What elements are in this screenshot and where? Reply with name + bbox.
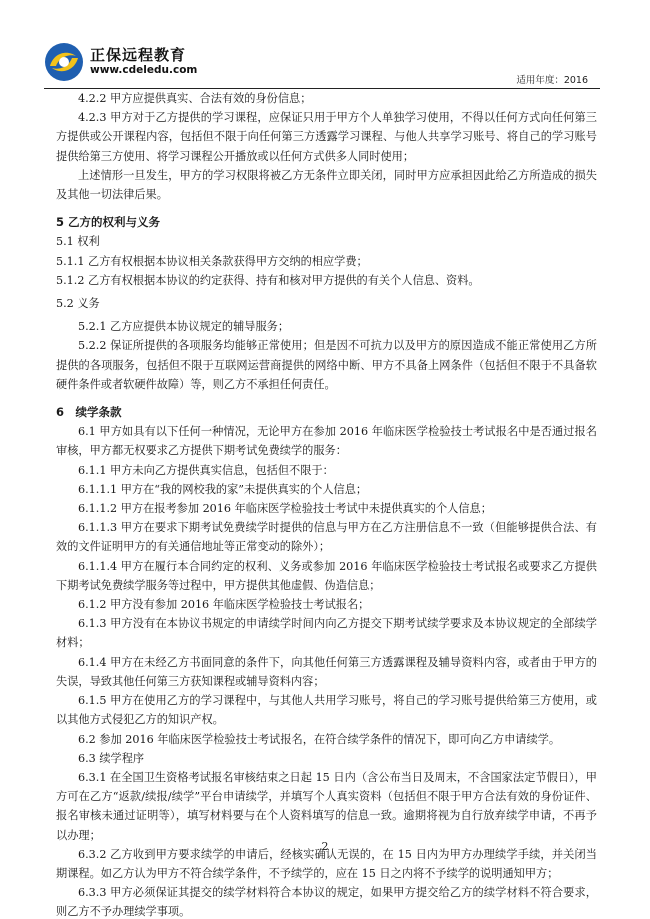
brand-name: 正保远程教育 — [90, 44, 186, 65]
clause-6-2: 6.2 参加 2016 年临床医学检验技士考试报名，在符合续学条件的情况下，即可… — [56, 730, 597, 749]
document-body: 4.2.2 甲方应提供真实、合法有效的身份信息； 4.2.3 甲方对于乙方提供的… — [56, 89, 597, 919]
logo-icon — [44, 42, 84, 82]
applicable-year: 适用年度：2016 — [516, 72, 588, 86]
clause-consequence: 上述情形一旦发生，甲方的学习权限将被乙方无条件立即关闭，同时甲方应承担因此给乙方… — [56, 166, 597, 204]
clause-5-2-1: 5.2.1 乙方应提供本协议规定的辅导服务； — [56, 317, 597, 336]
clause-6-1-1: 6.1.1 甲方未向乙方提供真实信息，包括但不限于： — [56, 461, 597, 480]
clause-6-1-5: 6.1.5 甲方在使用乙方的学习课程中，与其他人共用学习账号，将自己的学习账号提… — [56, 691, 597, 729]
clause-6-3: 6.3 续学程序 — [56, 749, 597, 768]
clause-6-3-1: 6.3.1 在全国卫生资格考试报名审核结束之日起 15 日内（含公布当日及周末，… — [56, 768, 597, 845]
clause-6-1-1-1: 6.1.1.1 甲方在“我的网校我的家”未提供真实的个人信息； — [56, 480, 597, 499]
clause-5-1-2: 5.1.2 乙方有权根据本协议的约定获得、持有和核对甲方提供的有关个人信息、资料… — [56, 271, 597, 290]
clause-6-1: 6.1 甲方如具有以下任何一种情况，无论甲方在参加 2016 年临床医学检验技士… — [56, 422, 597, 460]
page-number: 2 — [0, 840, 650, 853]
clause-6-1-1-4: 6.1.1.4 甲方在履行本合同约定的权利、义务或参加 2016 年临床医学检验… — [56, 557, 597, 595]
clause-6-3-3: 6.3.3 甲方必须保证其提交的续学材料符合本协议的规定，如果甲方提交给乙方的续… — [56, 883, 597, 919]
clause-6-1-3: 6.1.3 甲方没有在本协议书规定的申请续学时间内向乙方提交下期考试续学要求及本… — [56, 614, 597, 652]
clause-6-1-1-2: 6.1.1.2 甲方在报考参加 2016 年临床医学检验技士考试中未提供真实的个… — [56, 499, 597, 518]
clause-4-2-3: 4.2.3 甲方对于乙方提供的学习课程，应保证只用于甲方个人单独学习使用，不得以… — [56, 108, 597, 166]
clause-5-1: 5.1 权利 — [56, 232, 597, 251]
section-5-heading: 5 乙方的权利与义务 — [56, 213, 597, 232]
section-6-heading: 6 续学条款 — [56, 403, 597, 422]
page-header: 正保远程教育 www.cdeledu.com 适用年度：2016 — [44, 42, 600, 88]
clause-6-1-1-3: 6.1.1.3 甲方在要求下期考试免费续学时提供的信息与甲方在乙方注册信息不一致… — [56, 518, 597, 556]
clause-5-2: 5.2 义务 — [56, 294, 597, 313]
clause-6-1-4: 6.1.4 甲方在未经乙方书面同意的条件下，向其他任何第三方透露课程及辅导资料内… — [56, 653, 597, 691]
clause-5-1-1: 5.1.1 乙方有权根据本协议相关条款获得甲方交纳的相应学费； — [56, 252, 597, 271]
brand-url: www.cdeledu.com — [90, 64, 197, 76]
clause-5-2-2: 5.2.2 保证所提供的各项服务均能够正常使用；但是因不可抗力以及甲方的原因造成… — [56, 336, 597, 394]
clause-4-2-2: 4.2.2 甲方应提供真实、合法有效的身份信息； — [56, 89, 597, 108]
clause-6-1-2: 6.1.2 甲方没有参加 2016 年临床医学检验技士考试报名； — [56, 595, 597, 614]
